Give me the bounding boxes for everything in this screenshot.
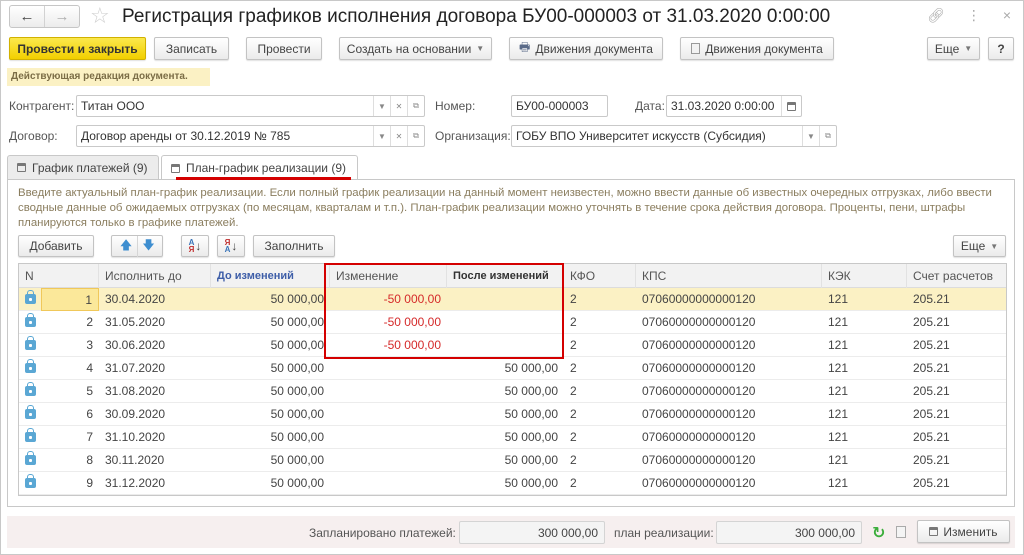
column-header-kek[interactable]: КЭК — [822, 264, 907, 288]
cell-kek[interactable]: 121 — [822, 311, 907, 334]
cell-kps[interactable]: 07060000000000120 — [636, 334, 822, 357]
save-button[interactable]: Записать — [154, 37, 229, 60]
cell-before-change[interactable]: 50 000,00 — [211, 311, 330, 334]
dropdown-icon[interactable]: ▼ — [373, 96, 390, 116]
cell-before-change[interactable]: 50 000,00 — [211, 334, 330, 357]
column-header-change[interactable]: Изменение — [330, 264, 447, 288]
cell-change[interactable] — [330, 403, 447, 426]
totals-footer: Запланировано платежей: 300 000,00 план … — [7, 516, 1015, 548]
cell-kfo[interactable]: 2 — [564, 380, 636, 403]
cell-due-date[interactable]: 31.12.2020 — [99, 472, 211, 495]
cell-due-date[interactable]: 30.04.2020 — [99, 288, 211, 311]
document-movements-report-button[interactable]: Движения документа — [680, 37, 834, 60]
contract-label: Договор: — [9, 129, 58, 143]
cell-kfo[interactable]: 2 — [564, 334, 636, 357]
more-label: Еще — [961, 239, 985, 253]
tab-payment-schedule[interactable]: График платежей (9) — [7, 155, 159, 179]
cell-kfo[interactable]: 2 — [564, 357, 636, 380]
cell-change[interactable] — [330, 472, 447, 495]
calendar-icon — [171, 164, 180, 173]
cell-after-change[interactable] — [447, 311, 564, 334]
table-row[interactable]: 231.05.202050 000,00-50 000,002070600000… — [19, 311, 1006, 334]
cell-change[interactable] — [330, 426, 447, 449]
cell-kfo[interactable]: 2 — [564, 472, 636, 495]
add-row-button[interactable]: Добавить — [18, 235, 94, 257]
sort-descending-button[interactable]: ЯА↓ — [217, 235, 245, 257]
cell-kps[interactable]: 07060000000000120 — [636, 288, 822, 311]
cell-kfo[interactable]: 2 — [564, 426, 636, 449]
column-header-due-date[interactable]: Исполнить до — [99, 264, 211, 288]
organization-value[interactable]: ГОБУ ВПО Университет искусств (Субсидия) — [512, 126, 802, 146]
sales-plan-table: N Исполнить до До изменений Изменение По… — [18, 263, 1007, 496]
fill-button[interactable]: Заполнить — [253, 235, 335, 257]
cell-n[interactable]: 5 — [41, 380, 99, 403]
cell-account[interactable]: 205.21 — [907, 426, 1007, 449]
move-down-icon[interactable]: 🡇︎ — [137, 236, 159, 257]
document-movements-label: Движения документа — [535, 42, 653, 56]
more-button[interactable]: Еще ▼ — [927, 37, 980, 60]
cell-account[interactable]: 205.21 — [907, 472, 1007, 495]
cell-n[interactable]: 2 — [41, 311, 99, 334]
sales-plan-panel: Введите актуальный план-график реализаци… — [7, 179, 1015, 507]
cell-kfo[interactable]: 2 — [564, 288, 636, 311]
cell-account[interactable]: 205.21 — [907, 311, 1007, 334]
dropdown-caret-icon: ▼ — [476, 44, 484, 53]
cell-kps[interactable]: 07060000000000120 — [636, 403, 822, 426]
move-row-buttons: 🡅︎ 🡇︎ — [111, 235, 163, 257]
number-value[interactable]: БУ00-000003 — [512, 96, 607, 116]
column-header-before-change[interactable]: До изменений — [211, 264, 330, 288]
cell-after-change[interactable]: 50 000,00 — [447, 426, 564, 449]
cell-due-date[interactable]: 31.10.2020 — [99, 426, 211, 449]
cell-kek[interactable]: 121 — [822, 334, 907, 357]
cell-before-change[interactable]: 50 000,00 — [211, 449, 330, 472]
cell-n[interactable]: 9 — [41, 472, 99, 495]
lock-icon — [25, 478, 36, 488]
tab-label: План-график реализации (9) — [186, 161, 346, 175]
sales-plan-total-label: план реализации: — [614, 526, 714, 540]
table-row[interactable]: 431.07.202050 000,0050 000,0020706000000… — [19, 357, 1006, 380]
create-based-on-label: Создать на основании — [347, 42, 472, 56]
cell-before-change[interactable]: 50 000,00 — [211, 472, 330, 495]
cell-kfo[interactable]: 2 — [564, 311, 636, 334]
link-icon[interactable]: 🔗︎ — [927, 7, 945, 24]
table-row[interactable]: 531.08.202050 000,0050 000,0020706000000… — [19, 380, 1006, 403]
cell-after-change[interactable]: 50 000,00 — [447, 449, 564, 472]
cell-after-change[interactable] — [447, 288, 564, 311]
help-text: Введите актуальный план-график реализаци… — [18, 186, 1003, 231]
cell-before-change[interactable]: 50 000,00 — [211, 426, 330, 449]
planned-payments-label: Запланировано платежей: — [309, 526, 456, 540]
cell-due-date[interactable]: 30.06.2020 — [99, 334, 211, 357]
sort-descending-icon: ЯА↓ — [225, 239, 238, 253]
refresh-icon[interactable]: ↻ — [872, 523, 885, 543]
planned-payments-field: 300 000,00 — [459, 521, 605, 544]
back-button[interactable]: ← — [10, 6, 44, 27]
table-header: N Исполнить до До изменений Изменение По… — [19, 264, 1006, 288]
report-icon — [691, 43, 700, 54]
document-movements-print-button[interactable]: 🖶︎ Движения документа — [509, 37, 663, 60]
favorite-star-icon[interactable]: ☆ — [90, 4, 110, 28]
lock-icon — [25, 432, 36, 442]
cell-due-date[interactable]: 31.05.2020 — [99, 311, 211, 334]
printer-icon: 🖶︎ — [519, 38, 530, 59]
counterparty-value[interactable]: Титан ООО — [77, 96, 373, 116]
clear-icon[interactable]: ✕ — [390, 96, 407, 116]
open-icon[interactable]: ⧉ — [407, 126, 424, 146]
contract-field[interactable]: Договор аренды от 30.12.2019 № 785 ▼ ✕ ⧉ — [76, 125, 425, 147]
cell-change[interactable] — [330, 357, 447, 380]
cell-before-change[interactable]: 50 000,00 — [211, 380, 330, 403]
cell-n[interactable]: 1 — [41, 288, 99, 311]
cell-kps[interactable]: 07060000000000120 — [636, 449, 822, 472]
table-row[interactable]: 931.12.202050 000,0050 000,0020706000000… — [19, 472, 1006, 495]
navigation-buttons: ← → — [9, 5, 80, 28]
lock-icon — [25, 294, 36, 304]
cell-account[interactable]: 205.21 — [907, 288, 1007, 311]
document-window: ← → ☆ Регистрация графиков исполнения до… — [0, 0, 1024, 555]
cell-change[interactable]: -50 000,00 — [330, 334, 447, 357]
cell-kek[interactable]: 121 — [822, 403, 907, 426]
more-actions-icon[interactable]: ⋮ — [967, 7, 981, 24]
annotation-tab-underline — [176, 177, 351, 180]
cell-change[interactable]: -50 000,00 — [330, 288, 447, 311]
date-label: Дата: — [635, 99, 665, 113]
cell-due-date[interactable]: 31.07.2020 — [99, 357, 211, 380]
cell-account[interactable]: 205.21 — [907, 357, 1007, 380]
create-based-on-button[interactable]: Создать на основании ▼ — [339, 37, 492, 60]
cell-account[interactable]: 205.21 — [907, 380, 1007, 403]
help-button[interactable]: ? — [988, 37, 1014, 60]
counterparty-label: Контрагент: — [9, 99, 74, 113]
cell-after-change[interactable]: 50 000,00 — [447, 472, 564, 495]
date-value[interactable]: 31.03.2020 0:00:00 — [667, 96, 781, 116]
cell-n[interactable]: 6 — [41, 403, 99, 426]
number-field[interactable]: БУ00-000003 — [511, 95, 608, 117]
cell-kfo[interactable]: 2 — [564, 449, 636, 472]
table-more-button[interactable]: Еще ▼ — [953, 235, 1006, 257]
table-row[interactable]: 130.04.202050 000,00-50 000,002070600000… — [19, 288, 1006, 311]
cell-before-change[interactable]: 50 000,00 — [211, 403, 330, 426]
cell-kek[interactable]: 121 — [822, 426, 907, 449]
cell-kfo[interactable]: 2 — [564, 403, 636, 426]
cell-before-change[interactable]: 50 000,00 — [211, 357, 330, 380]
cell-n[interactable]: 4 — [41, 357, 99, 380]
lock-icon — [25, 409, 36, 419]
cell-n[interactable]: 8 — [41, 449, 99, 472]
cell-change[interactable] — [330, 380, 447, 403]
dropdown-caret-icon: ▼ — [990, 242, 998, 251]
cell-kek[interactable]: 121 — [822, 288, 907, 311]
command-bar: Провести и закрыть Записать Провести Соз… — [1, 37, 1023, 61]
table-row[interactable]: 630.09.202050 000,0050 000,0020706000000… — [19, 403, 1006, 426]
tab-label: График платежей (9) — [32, 161, 148, 175]
calendar-icon — [17, 163, 26, 172]
dropdown-icon[interactable]: ▼ — [373, 126, 390, 146]
contract-value[interactable]: Договор аренды от 30.12.2019 № 785 — [77, 126, 373, 146]
cell-due-date[interactable]: 30.09.2020 — [99, 403, 211, 426]
cell-change[interactable]: -50 000,00 — [330, 311, 447, 334]
cell-after-change[interactable]: 50 000,00 — [447, 403, 564, 426]
organization-field[interactable]: ГОБУ ВПО Университет искусств (Субсидия)… — [511, 125, 837, 147]
organization-label: Организация: — [435, 129, 511, 143]
calendar-icon[interactable] — [781, 96, 801, 116]
cell-before-change[interactable]: 50 000,00 — [211, 288, 330, 311]
cell-kek[interactable]: 121 — [822, 449, 907, 472]
number-label: Номер: — [435, 99, 475, 113]
column-header-after-change[interactable]: После изменений — [447, 264, 564, 288]
forward-button[interactable]: → — [44, 6, 79, 27]
open-icon[interactable]: ⧉ — [819, 126, 836, 146]
move-up-icon[interactable]: 🡅︎ — [115, 236, 137, 257]
post-and-close-button[interactable]: Провести и закрыть — [9, 37, 146, 60]
table-row[interactable]: 830.11.202050 000,0050 000,0020706000000… — [19, 449, 1006, 472]
counterparty-field[interactable]: Титан ООО ▼ ✕ ⧉ — [76, 95, 425, 117]
post-button[interactable]: Провести — [246, 37, 322, 60]
sort-ascending-icon: АЯ↓ — [189, 239, 202, 253]
column-header-n[interactable]: N — [19, 264, 99, 288]
cell-after-change[interactable]: 50 000,00 — [447, 380, 564, 403]
change-label: Изменить — [943, 525, 997, 539]
lock-icon — [25, 363, 36, 373]
cell-kek[interactable]: 121 — [822, 472, 907, 495]
cell-due-date[interactable]: 31.08.2020 — [99, 380, 211, 403]
cell-after-change[interactable]: 50 000,00 — [447, 357, 564, 380]
dropdown-icon[interactable]: ▼ — [802, 126, 819, 146]
open-icon[interactable]: ⧉ — [407, 96, 424, 116]
cell-kek[interactable]: 121 — [822, 357, 907, 380]
window-controls: 🔗︎ ⋮ × — [927, 7, 1011, 24]
cell-after-change[interactable] — [447, 334, 564, 357]
cell-kps[interactable]: 07060000000000120 — [636, 380, 822, 403]
cell-kps[interactable]: 07060000000000120 — [636, 357, 822, 380]
cell-account[interactable]: 205.21 — [907, 403, 1007, 426]
cell-n[interactable]: 7 — [41, 426, 99, 449]
cell-kps[interactable]: 07060000000000120 — [636, 472, 822, 495]
table-row[interactable]: 330.06.202050 000,00-50 000,002070600000… — [19, 334, 1006, 357]
table-row[interactable]: 731.10.202050 000,0050 000,0020706000000… — [19, 426, 1006, 449]
cell-due-date[interactable]: 30.11.2020 — [99, 449, 211, 472]
calendar-icon — [929, 527, 938, 536]
more-label: Еще — [935, 42, 959, 56]
cell-account[interactable]: 205.21 — [907, 449, 1007, 472]
cell-change[interactable] — [330, 449, 447, 472]
title-bar: ← → ☆ Регистрация графиков исполнения до… — [1, 1, 1023, 35]
page-title: Регистрация графиков исполнения договора… — [122, 6, 830, 28]
column-header-kfo[interactable]: КФО — [564, 264, 636, 288]
cell-n[interactable]: 3 — [41, 334, 99, 357]
clear-icon[interactable]: ✕ — [390, 126, 407, 146]
column-header-kps[interactable]: КПС — [636, 264, 822, 288]
document-movements-label: Движения документа — [705, 42, 823, 56]
cell-kek[interactable]: 121 — [822, 380, 907, 403]
lock-icon — [25, 340, 36, 350]
sort-ascending-button[interactable]: АЯ↓ — [181, 235, 209, 257]
cell-kps[interactable]: 07060000000000120 — [636, 426, 822, 449]
sales-plan-total-field: 300 000,00 — [716, 521, 862, 544]
column-header-account[interactable]: Счет расчетов — [907, 264, 1007, 288]
lock-icon — [25, 455, 36, 465]
cell-kps[interactable]: 07060000000000120 — [636, 311, 822, 334]
change-button[interactable]: Изменить — [917, 520, 1010, 543]
current-revision-notice: Действующая редакция документа. — [7, 68, 210, 86]
document-icon[interactable] — [896, 526, 906, 538]
cell-account[interactable]: 205.21 — [907, 334, 1007, 357]
dropdown-caret-icon: ▼ — [964, 44, 972, 53]
lock-icon — [25, 386, 36, 396]
lock-icon — [25, 317, 36, 327]
date-field[interactable]: 31.03.2020 0:00:00 — [666, 95, 802, 117]
close-icon[interactable]: × — [1003, 7, 1011, 24]
